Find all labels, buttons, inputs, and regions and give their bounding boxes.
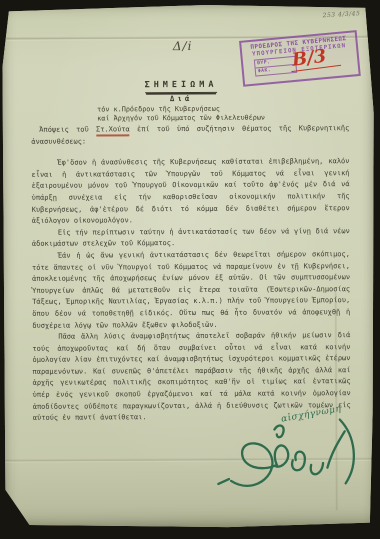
intro-before: Ἀπόψεις τοῦ [39,125,96,133]
paper-sheet: 253 4/3/45 Δ/i ΠΡΟΕΔΡΟΣ ΤΗΣ ΚΥΒΕΡΝΗΣΕΩΣ … [1,2,378,532]
pencil-reference-number: 253 4/3/45 [323,10,361,19]
salutation: Διά [1,93,361,104]
recipient-block: τόν κ.Πρόεδρον τῆς Κυβερνήσεως καί Ἀρχηγ… [97,105,265,124]
scanned-document: 253 4/3/45 Δ/i ΠΡΟΕΔΡΟΣ ΤΗΣ ΚΥΒΕΡΝΗΣΕΩΣ … [0,0,380,539]
document-title: ΣΗΜΕΙΩΜΑ [1,71,361,92]
red-handwritten-filing-mark: Β/3 [289,45,342,72]
paragraph-3: Ἐάν ἡ ὡς ἄνω γενική ἀντικατάστασις δέν θ… [32,249,350,332]
intro-line: Ἀπόψεις τοῦ Στ.Χούτα ἐπί τοῦ ὑπό συζήτησ… [31,123,349,148]
paragraph-1: Ἐφ'ὅσον ἡ ἀνασύνθεσις τῆς Κυβερνήσεως κα… [31,156,349,227]
body-text: Ἀπόψεις τοῦ Στ.Χούτα ἐπί τοῦ ὑπό συζήτησ… [31,123,351,425]
underlined-author-name: Στ.Χούτα [96,125,130,136]
document-title-text: ΣΗΜΕΙΩΜΑ [145,80,218,93]
recipient-line-2: καί Ἀρχηγόν τοῦ Κόμματος τῶν Φιλελευθέρω… [97,114,265,124]
pencil-classification-mark: Δ/i [173,39,193,53]
paragraph-2: Εἰς τήν περίπτωσιν ταύτην ἡ ἀντικατάστασ… [32,226,350,251]
signature [212,411,369,517]
